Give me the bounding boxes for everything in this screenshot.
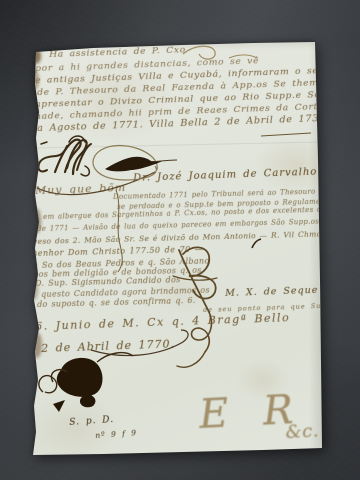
royal-cipher-suffix: &c. bbox=[285, 420, 320, 443]
archival-note: S. p. D. bbox=[69, 415, 114, 428]
archival-note: nº 9 f 9 bbox=[95, 428, 137, 440]
date-line: 2 de Abril de 1770. bbox=[41, 337, 175, 355]
underline-stroke bbox=[261, 133, 311, 136]
paper-stain bbox=[31, 48, 41, 64]
body-line: Documentado 1771 pelo Tribunal será ao T… bbox=[113, 185, 360, 201]
body-line: senhor Dom Christo 177.50 de 70 — bbox=[33, 245, 203, 258]
signature-line: M. X. de Seque fo bbox=[225, 284, 336, 299]
closing-line: 6. Junio de M. Cx q. 4 Bragª Bello bbox=[35, 311, 290, 333]
photograph-background: Ha assistencia de P. Cxo por a hi grande… bbox=[0, 0, 360, 480]
paper-stain bbox=[30, 104, 38, 120]
manuscript-paper-wrap: Ha assistencia de P. Cxo por a hi grande… bbox=[33, 40, 323, 457]
crease-line bbox=[33, 142, 323, 148]
heading-line: Dr. Jozé Joaquim de Carvalho 1773 om bbox=[133, 164, 360, 183]
ink-tick bbox=[252, 239, 261, 248]
heavy-ink-stroke bbox=[105, 157, 163, 172]
top-paragraph-line: Ha assistencia de P. Cxo bbox=[49, 45, 186, 60]
manuscript-paper: Ha assistencia de P. Cxo por a hi grande… bbox=[33, 40, 323, 457]
